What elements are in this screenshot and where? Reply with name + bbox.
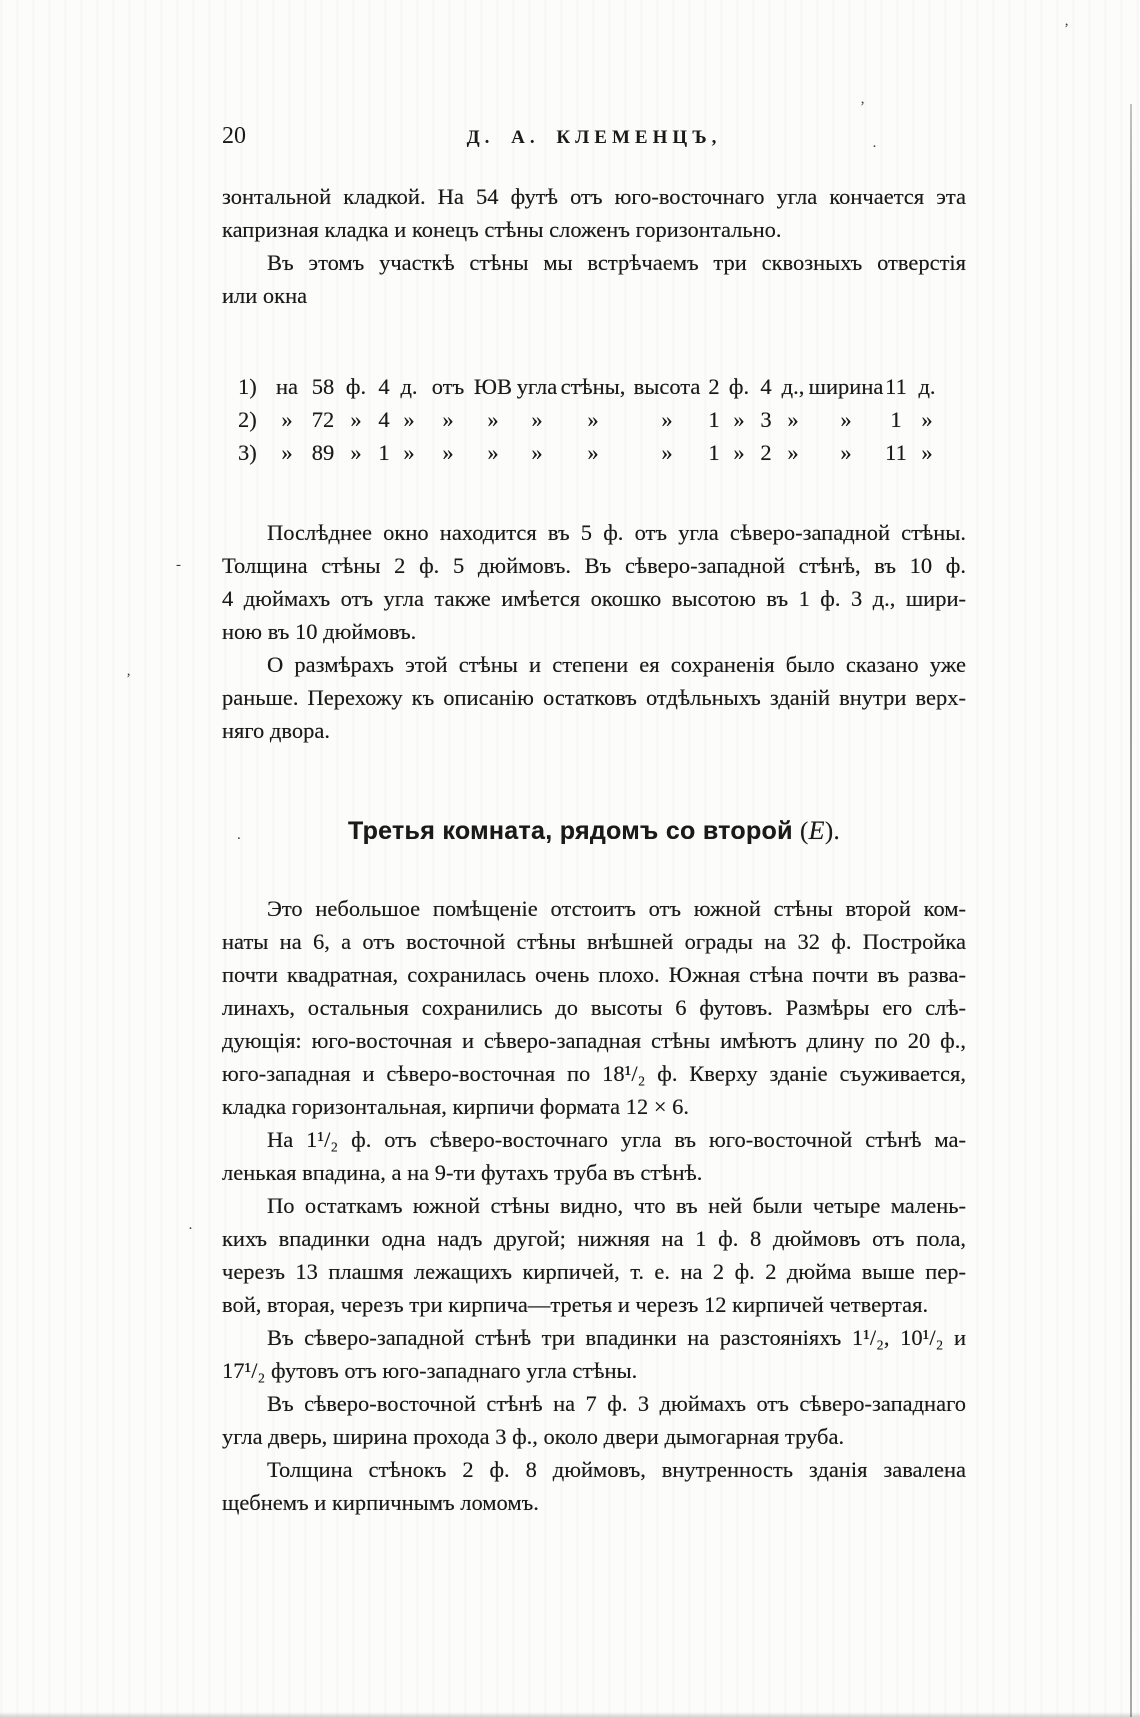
text-line: Толщина стѣнокъ 2 ф. 8 дюймовъ, внутренн… bbox=[222, 1453, 966, 1486]
text-line: юго-западная и сѣверо-восточная по 18¹/₂… bbox=[222, 1057, 966, 1090]
text-line: кихъ впадинки одна надъ другой; нижняя н… bbox=[222, 1222, 966, 1255]
text-line: ною въ 10 дюймовъ. bbox=[222, 615, 966, 648]
list-cell: 1 bbox=[890, 403, 901, 436]
book-page: 20 Д. А. КЛЕМЕНЦЪ, зонтальной кладкой. Н… bbox=[0, 0, 1140, 1717]
scan-speck: ’ bbox=[126, 672, 131, 687]
list-cell: 2 bbox=[708, 370, 719, 403]
list-cell: » bbox=[531, 403, 542, 436]
section-heading: Третья комната, рядомъ со второй (E). bbox=[222, 813, 966, 850]
heading-paren: ). bbox=[825, 818, 840, 845]
text-line: няго двора. bbox=[222, 714, 966, 747]
paragraph: Послѣднее окно находится въ 5 ф. отъ угл… bbox=[222, 516, 966, 648]
list-cell: » bbox=[281, 403, 292, 436]
list-cell: » bbox=[787, 436, 798, 469]
list-cell: ф. bbox=[729, 370, 749, 403]
list-cell: » bbox=[921, 403, 932, 436]
list-cell: 3 bbox=[760, 403, 771, 436]
list-cell: высота bbox=[634, 370, 701, 403]
list-cell: ширина bbox=[809, 370, 884, 403]
paragraph: По остаткамъ южной стѣны видно, что въ н… bbox=[222, 1189, 966, 1321]
list-row: 1)на58ф.4д.отъЮВугластѣны,высота2ф.4д.,ш… bbox=[222, 370, 966, 403]
list-cell: д., bbox=[782, 370, 805, 403]
text-line: О размѣрахъ этой стѣны и степени ея сохр… bbox=[222, 648, 966, 681]
text-line: кладка горизонтальная, кирпичи формата 1… bbox=[222, 1090, 966, 1123]
paragraph: Это небольшое помѣщеніе отстоитъ отъ южн… bbox=[222, 892, 966, 1123]
paragraph: Толщина стѣнокъ 2 ф. 8 дюймовъ, внутренн… bbox=[222, 1453, 966, 1519]
text-line: Это небольшое помѣщеніе отстоитъ отъ южн… bbox=[222, 892, 966, 925]
list-cell: » bbox=[661, 403, 672, 436]
text-line: На 1¹/₂ ф. отъ сѣверо-восточнаго угла въ… bbox=[222, 1123, 966, 1156]
list-cell: » bbox=[350, 436, 361, 469]
list-cell: » bbox=[787, 403, 798, 436]
text-line: черезъ 13 плашмя лежащихъ кирпичей, т. е… bbox=[222, 1255, 966, 1288]
paragraph: На 1¹/₂ ф. отъ сѣверо-восточнаго угла въ… bbox=[222, 1123, 966, 1189]
list-cell: д. bbox=[400, 370, 417, 403]
text-line: вой, вторая, черезъ три кирпича—третья и… bbox=[222, 1288, 966, 1321]
list-cell: » bbox=[350, 403, 361, 436]
text-line: 4 дюймахъ отъ угла также имѣется окошко … bbox=[222, 582, 966, 615]
page-body: зонтальной кладкой. На 54 футѣ отъ юго-в… bbox=[222, 180, 966, 1519]
heading-text: Третья комната, рядомъ со второй bbox=[348, 817, 800, 845]
list-item-number: 1) bbox=[238, 370, 257, 403]
text-line: Послѣднее окно находится въ 5 ф. отъ угл… bbox=[222, 516, 966, 549]
list-cell: » bbox=[487, 436, 498, 469]
list-item-number: 3) bbox=[238, 436, 257, 469]
text-line: дующія: юго-восточная и сѣверо-западная … bbox=[222, 1024, 966, 1057]
page-edge-line bbox=[1130, 104, 1132, 1717]
text-line: 17¹/₂ футовъ отъ юго-западнаго угла стѣн… bbox=[222, 1354, 966, 1387]
text-line: линахъ, остальныя сохранились до высоты … bbox=[222, 991, 966, 1024]
list-cell: 58 bbox=[312, 370, 335, 403]
scan-speck: ’ bbox=[860, 100, 865, 115]
text-line: Въ сѣверо-западной стѣнѣ три впадинки на… bbox=[222, 1321, 966, 1354]
heading-paren: ( bbox=[800, 818, 809, 845]
scan-speck: . bbox=[237, 828, 241, 843]
list-row: 3)»89»1»»»»»»1»2»»11» bbox=[222, 436, 966, 469]
list-cell: ЮВ bbox=[474, 370, 512, 403]
list-cell: » bbox=[487, 403, 498, 436]
list-cell: ф. bbox=[346, 370, 366, 403]
list-cell: 1 bbox=[708, 436, 719, 469]
text-line: По остаткамъ южной стѣны видно, что въ н… bbox=[222, 1189, 966, 1222]
list-cell: угла bbox=[517, 370, 558, 403]
text-line: или окна bbox=[222, 279, 966, 312]
list-cell: » bbox=[840, 436, 851, 469]
list-cell: » bbox=[403, 436, 414, 469]
paragraph: Въ этомъ участкѣ стѣны мы встрѣчаемъ три… bbox=[222, 246, 966, 312]
text-line: щебнемъ и кирпичнымъ ломомъ. bbox=[222, 1486, 966, 1519]
running-head: Д. А. КЛЕМЕНЦЪ, bbox=[222, 126, 966, 150]
list-cell: стѣны, bbox=[561, 370, 626, 403]
list-cell: » bbox=[661, 436, 672, 469]
scan-speck: · bbox=[872, 140, 877, 155]
text-line: капризная кладка и конецъ стѣны сложенъ … bbox=[222, 213, 966, 246]
paragraph: Въ сѣверо-восточной стѣнѣ на 7 ф. 3 дюйм… bbox=[222, 1387, 966, 1453]
list-cell: 11 bbox=[885, 436, 907, 469]
list-cell: » bbox=[733, 436, 744, 469]
list-cell: 4 bbox=[378, 370, 389, 403]
list-cell: » bbox=[403, 403, 414, 436]
list-row: 2)»72»4»»»»»»1»3»»1» bbox=[222, 403, 966, 436]
text-line: Въ этомъ участкѣ стѣны мы встрѣчаемъ три… bbox=[222, 246, 966, 279]
paragraph: Въ сѣверо-западной стѣнѣ три впадинки на… bbox=[222, 1321, 966, 1387]
list-cell: » bbox=[587, 436, 598, 469]
scan-speck: · bbox=[188, 1222, 193, 1237]
scan-speck: - bbox=[176, 558, 181, 573]
list-cell: » bbox=[587, 403, 598, 436]
list-cell: д. bbox=[918, 370, 935, 403]
text-line: наты на 6, а отъ восточной стѣны внѣшней… bbox=[222, 925, 966, 958]
paragraph: О размѣрахъ этой стѣны и степени ея сохр… bbox=[222, 648, 966, 747]
page-bottom-shade bbox=[0, 1712, 1140, 1717]
text-line: зонтальной кладкой. На 54 футѣ отъ юго-в… bbox=[222, 180, 966, 213]
list-cell: » bbox=[442, 436, 453, 469]
list-cell: 72 bbox=[312, 403, 335, 436]
text-line: Въ сѣверо-восточной стѣнѣ на 7 ф. 3 дюйм… bbox=[222, 1387, 966, 1420]
list-cell: 11 bbox=[885, 370, 907, 403]
list-cell: » bbox=[921, 436, 932, 469]
list-cell: » bbox=[531, 436, 542, 469]
list-cell: » bbox=[281, 436, 292, 469]
text-line: раньше. Перехожу къ описанію остатковъ о… bbox=[222, 681, 966, 714]
list-cell: 4 bbox=[378, 403, 389, 436]
text-line: угла дверь, ширина прохода 3 ф., около д… bbox=[222, 1420, 966, 1453]
list-cell: 2 bbox=[760, 436, 771, 469]
list-cell: 4 bbox=[760, 370, 771, 403]
list-cell: 1 bbox=[708, 403, 719, 436]
text-line: Толщина стѣны 2 ф. 5 дюймовъ. Въ сѣверо-… bbox=[222, 549, 966, 582]
text-line: ленькая впадина, а на 9-ти футахъ труба … bbox=[222, 1156, 966, 1189]
list-cell: » bbox=[733, 403, 744, 436]
paragraph: зонтальной кладкой. На 54 футѣ отъ юго-в… bbox=[222, 180, 966, 246]
list-cell: отъ bbox=[432, 370, 464, 403]
window-measurement-list: 1)на58ф.4д.отъЮВугластѣны,высота2ф.4д.,ш… bbox=[222, 370, 966, 469]
text-line: почти квадратная, сохранилась очень плох… bbox=[222, 958, 966, 991]
list-cell: » bbox=[442, 403, 453, 436]
heading-room-letter: E bbox=[809, 816, 825, 845]
scan-speck: ’ bbox=[1064, 22, 1069, 37]
list-cell: » bbox=[840, 403, 851, 436]
list-cell: на bbox=[276, 370, 298, 403]
list-cell: 1 bbox=[378, 436, 389, 469]
list-item-number: 2) bbox=[238, 403, 257, 436]
list-cell: 89 bbox=[312, 436, 335, 469]
